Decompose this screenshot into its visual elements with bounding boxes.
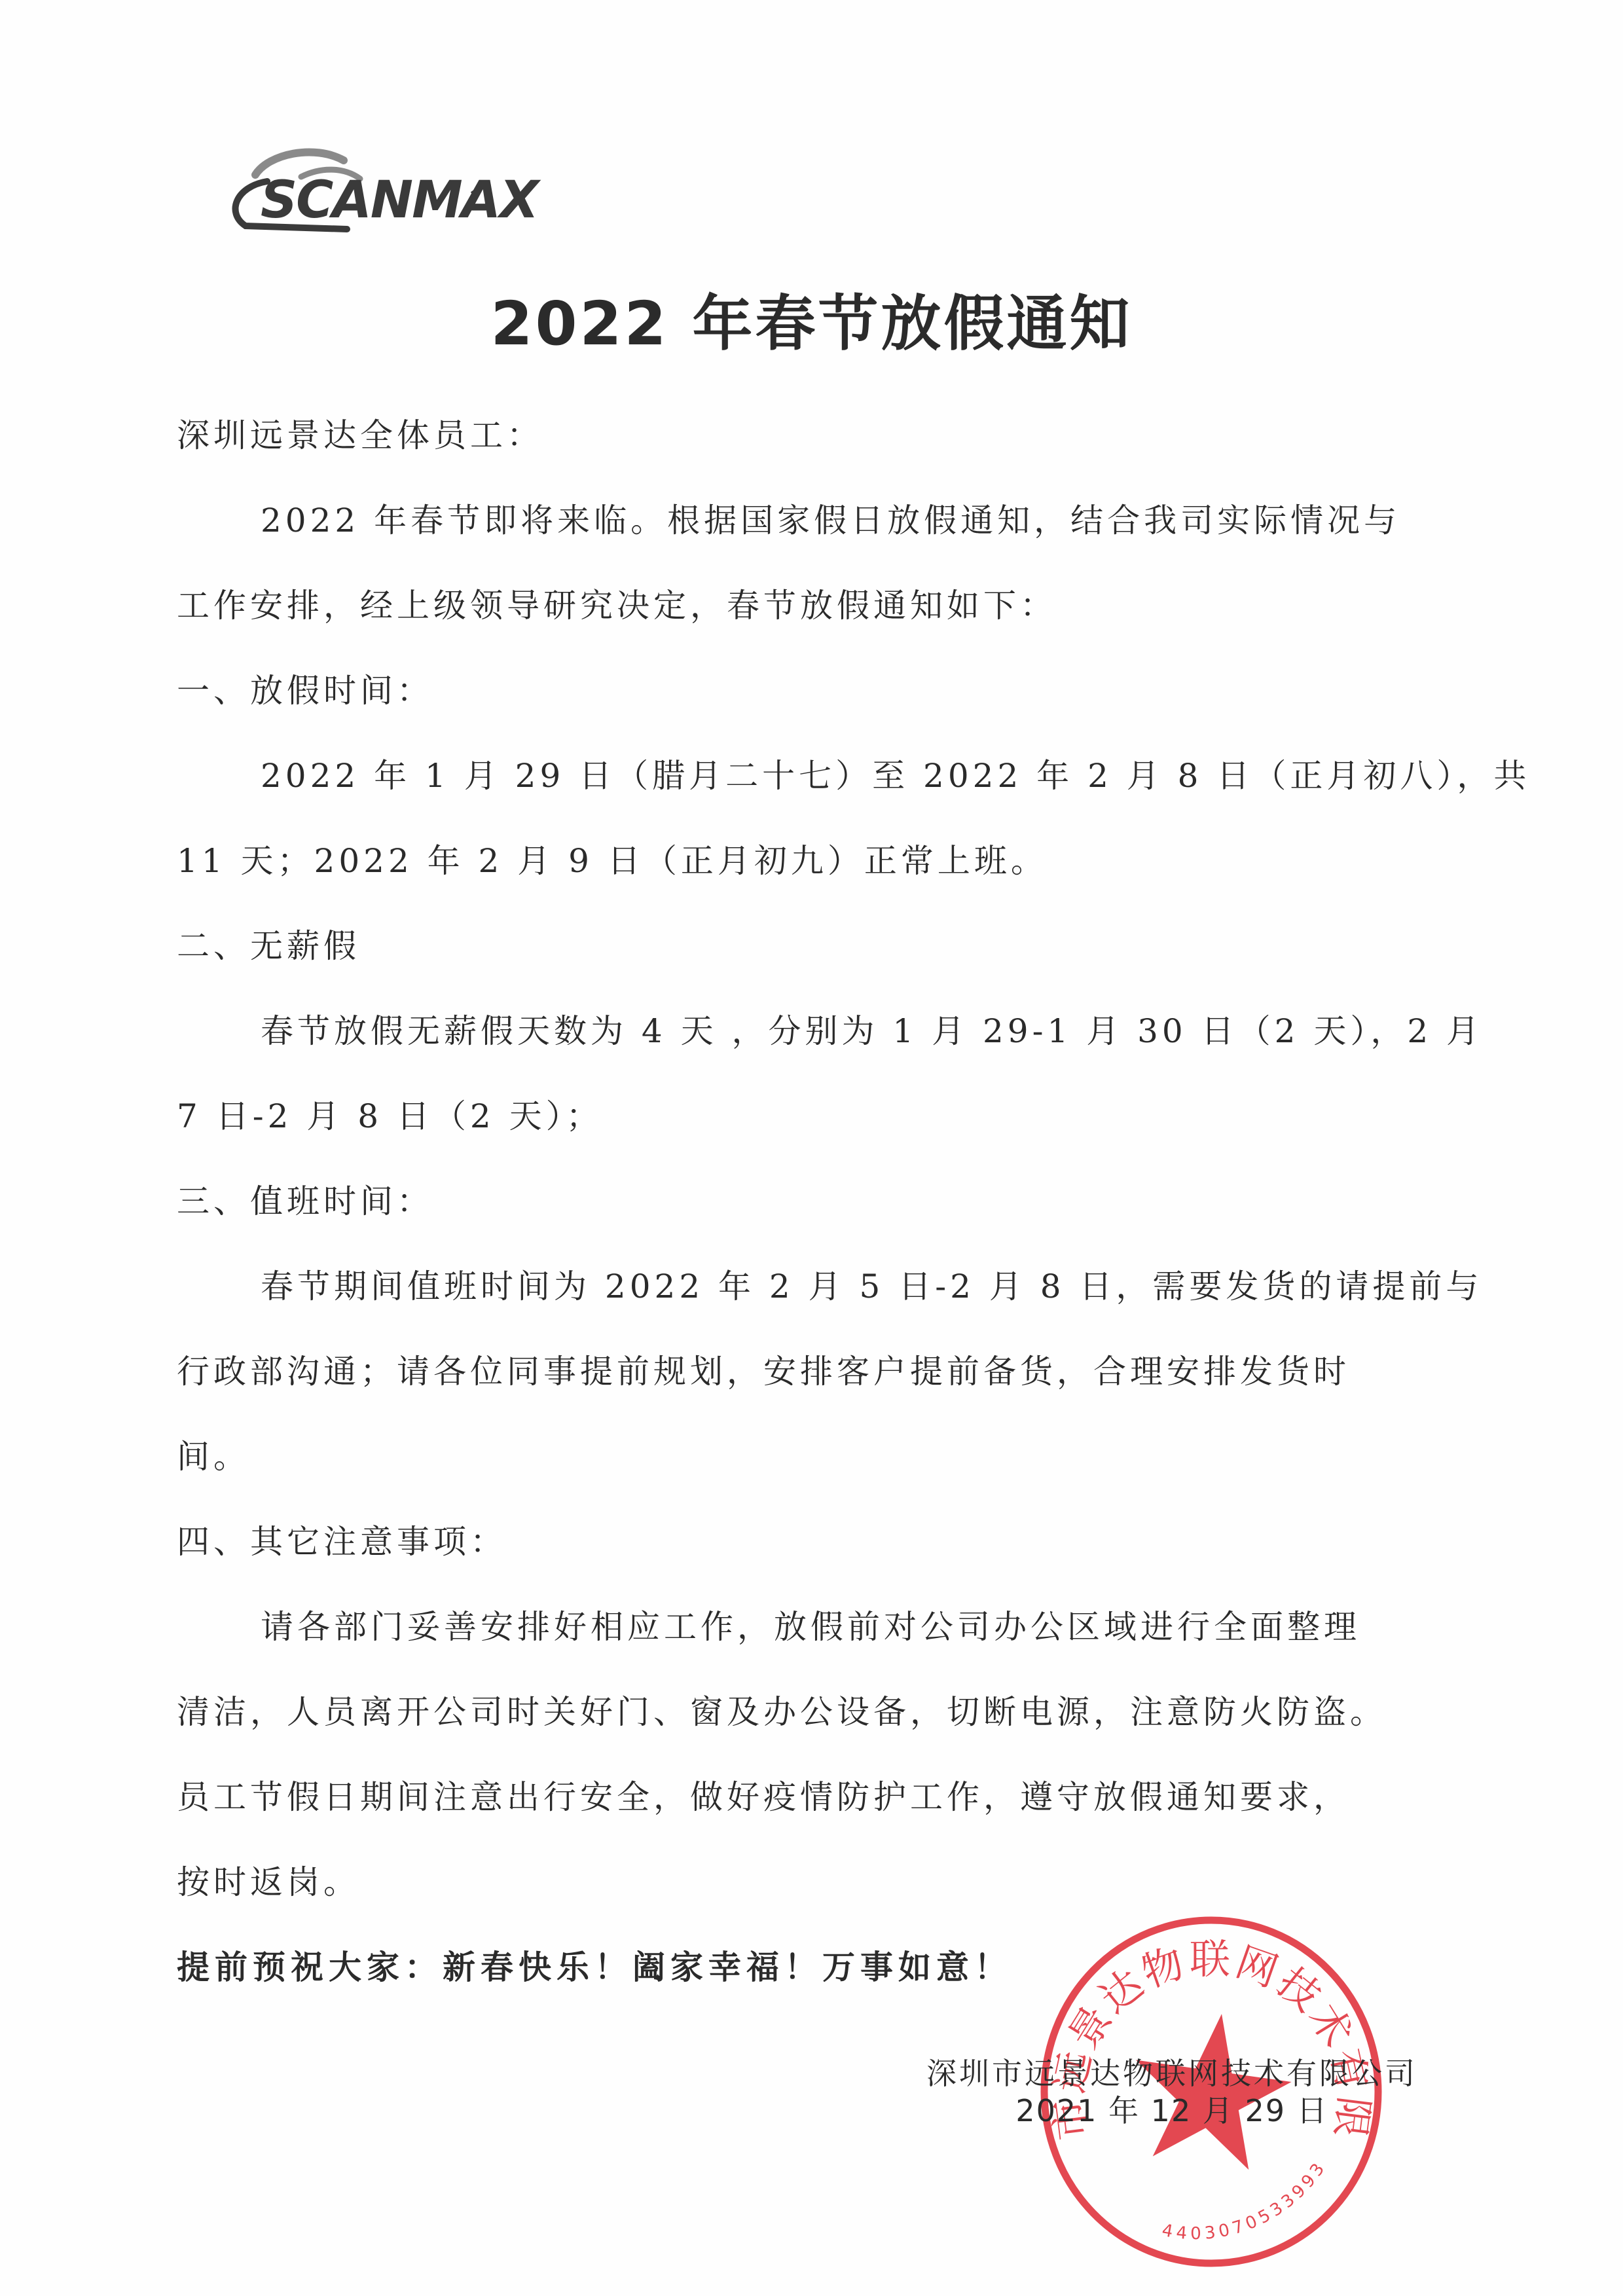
page-title: 2022 年春节放假通知: [0, 288, 1623, 360]
section-line: 春节放假无薪假天数为 4 天 ，分别为 1 月 29-1 月 30 日（2 天）…: [261, 1015, 1483, 1048]
closing-greeting: 提前预祝大家：新春快乐！阖家幸福！万事如意！: [177, 1951, 1012, 1984]
signature-company: 深圳市远景达物联网技术有限公司: [903, 2056, 1440, 2092]
signature-block: 深圳市远景达物联网技术有限公司 2021 年 12 月 29 日: [903, 2056, 1440, 2131]
section-line: 行政部沟通；请各位同事提前规划，安排客户提前备货，合理安排发货时: [177, 1355, 1350, 1388]
section-line: 清洁，人员离开公司时关好门、窗及办公设备，切断电源，注意防火防盗。: [177, 1696, 1387, 1728]
section-heading-other-notes: 四、其它注意事项：: [177, 1525, 507, 1558]
section-line: 间。: [177, 1440, 250, 1473]
section-line: 员工节假日期间注意出行安全，做好疫情防护工作，遵守放假通知要求，: [177, 1781, 1350, 1813]
logo-brand-text: SCANMAX: [261, 175, 538, 226]
salutation: 深圳远景达全体员工：: [177, 419, 543, 452]
document-page: SCANMAX 2022 年春节放假通知 深圳远景达全体员工： 2022 年春节…: [0, 0, 1623, 2296]
section-heading-holiday-time: 一、放假时间：: [177, 674, 433, 707]
section-line: 7 日-2 月 8 日（2 天）；: [177, 1100, 603, 1133]
section-line: 11 天；2022 年 2 月 9 日（正月初九）正常上班。: [177, 845, 1048, 877]
section-heading-duty-time: 三、值班时间：: [177, 1185, 433, 1218]
section-line: 按时返岗。: [177, 1866, 360, 1899]
company-logo: SCANMAX: [223, 141, 498, 239]
section-heading-unpaid-leave: 二、无薪假: [177, 930, 360, 962]
intro-line: 工作安排，经上级领导研究决定，春节放假通知如下：: [177, 589, 1057, 622]
section-line: 春节期间值班时间为 2022 年 2 月 5 日-2 月 8 日，需要发货的请提…: [261, 1270, 1482, 1303]
signature-date: 2021 年 12 月 29 日: [903, 2092, 1440, 2131]
intro-line: 2022 年春节即将来临。根据国家假日放假通知，结合我司实际情况与: [261, 504, 1400, 537]
section-line: 请各部门妥善安排好相应工作，放假前对公司办公区域进行全面整理: [261, 1611, 1360, 1643]
section-line: 2022 年 1 月 29 日（腊月二十七）至 2022 年 2 月 8 日（正…: [261, 759, 1530, 792]
